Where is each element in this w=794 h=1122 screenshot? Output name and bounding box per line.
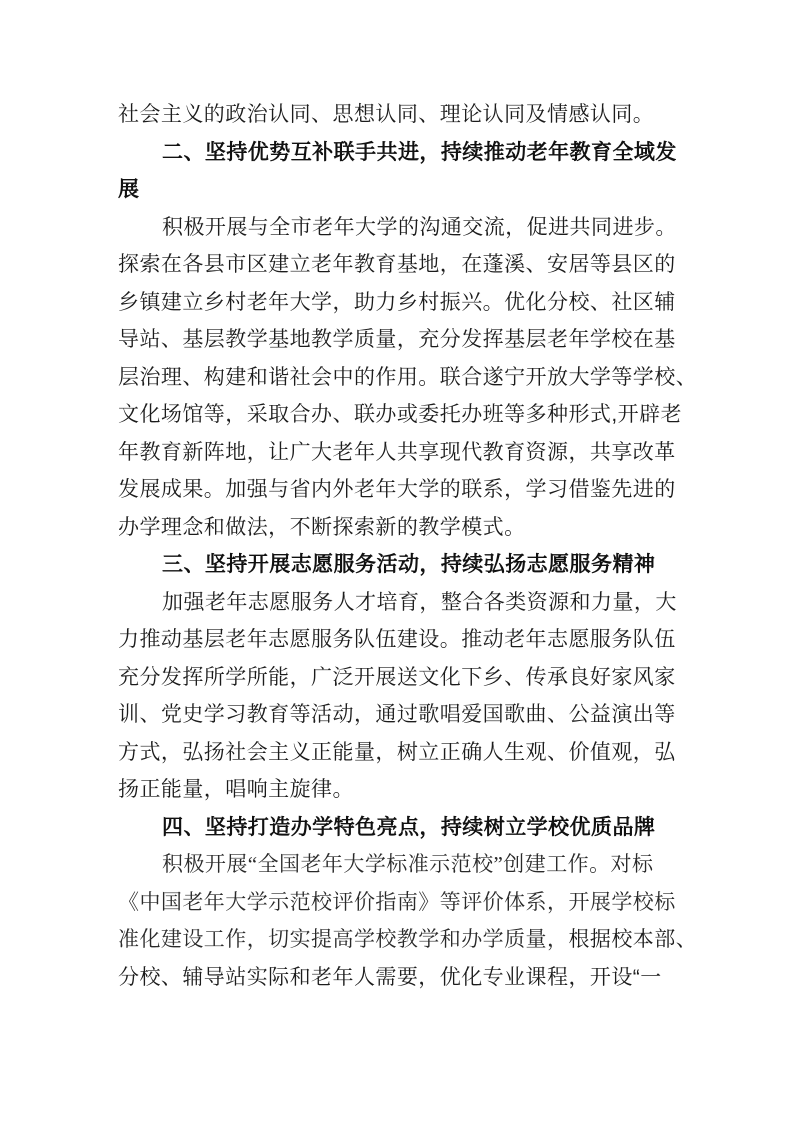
paragraph-text: 分校、辅导站实际和老年人需要，优化专业课程，开设“一 [118, 966, 662, 989]
text-line: 积极开展与全市老年大学的沟通交流，促进共同进步。 [118, 209, 680, 247]
paragraph-text: 文化场馆等，采取合办、联办或委托办班等多种形式,开辟老 [118, 403, 682, 426]
text-line: 导站、基层教学基地教学质量，充分发挥基层老年学校在基 [118, 321, 680, 359]
paragraph-text: 积极开展“全国老年大学标准示范校”创建工作。对标 [162, 852, 653, 876]
text-line: 年教育新阵地，让广大老年人共享现代教育资源，共享改革 [118, 434, 680, 472]
text-line: 三、坚持开展志愿服务活动，持续弘扬志愿服务精神 [118, 546, 680, 584]
paragraph-text: 办学理念和做法，不断探索新的教学模式。 [118, 516, 526, 539]
paragraph-text: 发展成果。加强与省内外老年大学的联系，学习借鉴先进的 [118, 478, 676, 501]
paragraph-text: 根据校本部、 [568, 928, 697, 951]
text-line: 力推动基层老年志愿服务队伍建设。推动老年志愿服务队伍 [118, 621, 680, 659]
section-heading-text: 三、坚持开展志愿服务活动，持续弘扬志愿服务精神 [162, 553, 655, 576]
paragraph-text: 层治理、构建和谐社会中的作用。联合遂宁开放大学等学校、 [118, 366, 697, 389]
text-line: 训、党史学习教育等活动，通过歌唱爱国歌曲、公益演出等 [118, 696, 680, 734]
text-line: 办学理念和做法，不断探索新的教学模式。 [118, 509, 680, 547]
text-line: 乡镇建立乡村老年大学，助力乡村振兴。优化分校、社区辅 [118, 284, 680, 322]
paragraph-text: 扬正能量，唱响主旋律。 [118, 778, 354, 801]
section-heading-text: 二、坚持优势互补联手共进，持续推动老年教育全域发 [162, 141, 677, 164]
text-line: 积极开展“全国老年大学标准示范校”创建工作。对标 [118, 846, 680, 884]
text-line: 扬正能量，唱响主旋律。 [118, 771, 680, 809]
section-heading-text: 四、坚持打造办学特色亮点，持续树立学校优质品牌 [162, 816, 655, 839]
text-line: 《中国老年大学示范校评价指南》等评价体系，开展学校标 [118, 884, 680, 922]
text-line: 加强老年志愿服务人才培育，整合各类资源和力量，大 [118, 584, 680, 622]
document-page: 社会主义的政治认同、思想认同、理论认同及情感认同。二、坚持优势互补联手共进，持续… [0, 0, 794, 1122]
text-line: 文化场馆等，采取合办、联办或委托办班等多种形式,开辟老 [118, 396, 680, 434]
text-line: 探索在各县市区建立老年教育基地，在蓬溪、安居等县区的 [118, 246, 680, 284]
paragraph-text: 乡镇建立乡村老年大学，助力乡村振兴。优化分校、社区辅 [118, 291, 676, 314]
text-line: 四、坚持打造办学特色亮点，持续树立学校优质品牌 [118, 809, 680, 847]
paragraph-text: 力推动基层老年志愿服务队伍建设。推动老年志愿服务队伍 [118, 628, 676, 651]
text-line: 层治理、构建和谐社会中的作用。联合遂宁开放大学等学校、 [118, 359, 680, 397]
paragraph-text: 探索在各县市区建立老年教育基地，在蓬溪、安居等县区的 [118, 253, 676, 276]
paragraph-text: 加强老年志愿服务人才培育，整合各类资源和力量，大 [162, 591, 677, 614]
text-line: 发展成果。加强与省内外老年大学的联系，学习借鉴先进的 [118, 471, 680, 509]
section-heading-text: 展 [118, 178, 139, 201]
text-line: 社会主义的政治认同、思想认同、理论认同及情感认同。 [118, 96, 680, 134]
text-line: 准化建设工作，切实提高学校教学和办学质量，根据校本部、 [118, 921, 680, 959]
paragraph-text: 训、党史学习教育等活动，通过歌唱爱国歌曲、公益演出等 [118, 703, 676, 726]
text-line: 二、坚持优势互补联手共进，持续推动老年教育全域发 [118, 134, 680, 172]
paragraph-text: 充分发挥所学所能，广泛开展送文化下乡、传承良好家风家 [118, 666, 676, 689]
paragraph-text: 导站、基层教学基地教学质量，充分发挥基层老年学校在基 [118, 328, 676, 351]
text-line: 充分发挥所学所能，广泛开展送文化下乡、传承良好家风家 [118, 659, 680, 697]
text-line: 分校、辅导站实际和老年人需要，优化专业课程，开设“一 [118, 959, 680, 997]
paragraph-text: 年教育新阵地，让广大老年人共享现代教育资源，共享改革 [118, 441, 676, 464]
paragraph-text: 社会主义的政治认同、思想认同、理论认同及情感认同。 [118, 103, 654, 126]
paragraph-text: 积极开展与全市老年大学的沟通交流，促进共同进步。 [162, 216, 677, 239]
paragraph-text: 方式，弘扬社会主义正能量，树立正确人生观、价值观，弘 [118, 741, 676, 764]
text-line: 展 [118, 171, 680, 209]
text-line: 方式，弘扬社会主义正能量，树立正确人生观、价值观，弘 [118, 734, 680, 772]
paragraph-text: 准化建设工作，切实提高学校教学和办学质量， [118, 927, 568, 951]
document-text-block: 社会主义的政治认同、思想认同、理论认同及情感认同。二、坚持优势互补联手共进，持续… [118, 96, 680, 996]
paragraph-text: 《中国老年大学示范校评价指南》等评价体系，开展学校标 [118, 890, 676, 914]
